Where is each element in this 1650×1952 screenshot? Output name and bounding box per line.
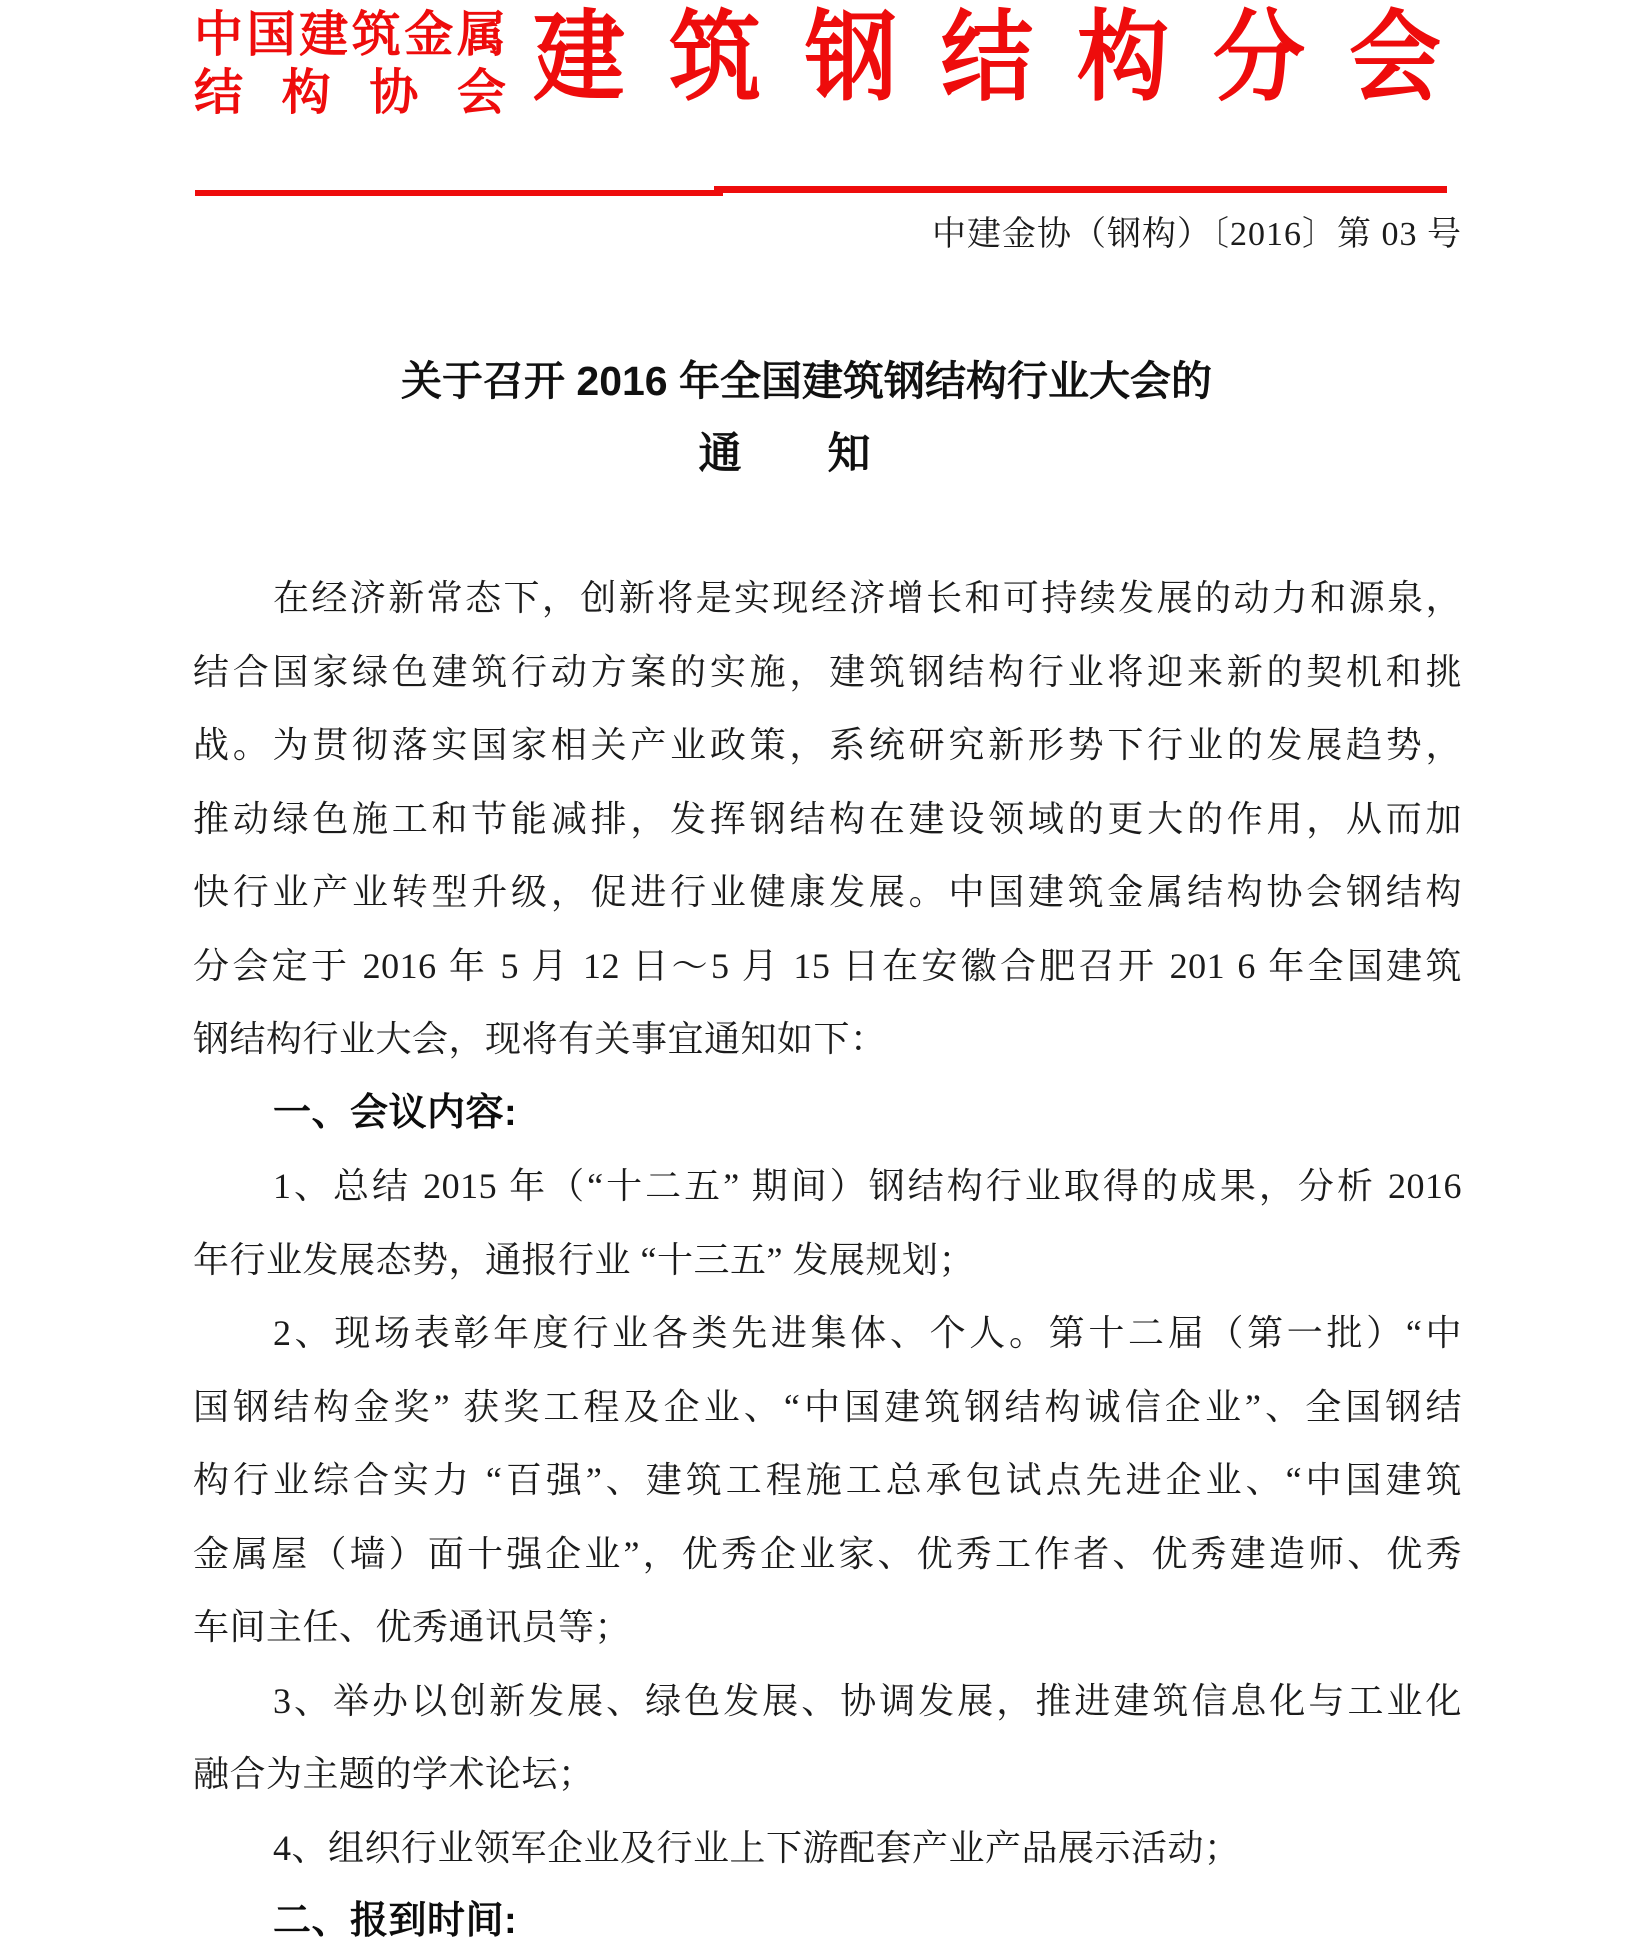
notice-title-line2: 通 知 — [150, 420, 1419, 481]
body-line: 2、现场表彰年度行业各类先进集体、个人。第十二届（第一批）“中 — [193, 1297, 1462, 1371]
notice-title-line1: 关于召开 2016 年全国建筑钢结构行业大会的 — [172, 348, 1441, 407]
section-heading: 二、报到时间: — [193, 1885, 1462, 1952]
body-line: 国钢结构金奖” 获奖工程及企业、“中国建筑钢结构诚信企业”、全国钢结 — [193, 1371, 1462, 1445]
branch-title: 建筑钢结构分会 — [533, 2, 1485, 113]
body-line: 在经济新常态下，创新将是实现经济增长和可持续发展的动力和源泉， — [193, 562, 1462, 636]
header-rule-left-segment — [195, 190, 723, 196]
body-line: 3、举办以创新发展、绿色发展、协调发展，推进建筑信息化与工业化 — [193, 1665, 1462, 1739]
document-number: 中建金协（钢构）〔2016〕第 03 号 — [193, 214, 1462, 256]
section-heading: 一、会议内容: — [193, 1077, 1462, 1151]
document-body: 在经济新常态下，创新将是实现经济增长和可持续发展的动力和源泉，结合国家绿色建筑行… — [193, 562, 1462, 1952]
notice-document-page: 中国建筑金属 结构协会 建筑钢结构分会 中建金协（钢构）〔2016〕第 03 号… — [0, 0, 1650, 1952]
body-line: 推动绿色施工和节能减排，发挥钢结构在建设领域的更大的作用，从而加 — [193, 783, 1462, 857]
body-line: 融合为主题的学术论坛； — [193, 1738, 1462, 1812]
org-name-line2: 结构协会 — [194, 64, 506, 122]
org-name-line1: 中国建筑金属 — [194, 6, 506, 64]
body-line: 结合国家绿色建筑行动方案的实施，建筑钢结构行业将迎来新的契机和挑 — [193, 636, 1462, 710]
body-line: 车间主任、优秀通讯员等； — [193, 1591, 1462, 1665]
body-line: 分会定于 2016 年 5 月 12 日～5 月 15 日在安徽合肥召开 201… — [193, 930, 1462, 1004]
body-line: 1、总结 2015 年（“十二五” 期间）钢结构行业取得的成果，分析 2016 — [193, 1150, 1462, 1224]
body-line: 战。为贯彻落实国家相关产业政策，系统研究新形势下行业的发展趋势， — [193, 709, 1462, 783]
body-line: 年行业发展态势，通报行业 “十三五” 发展规划； — [193, 1224, 1462, 1298]
body-line: 构行业综合实力 “百强”、建筑工程施工总承包试点先进企业、“中国建筑 — [193, 1444, 1462, 1518]
body-line: 快行业产业转型升级，促进行业健康发展。中国建筑金属结构协会钢结构 — [193, 856, 1462, 930]
body-line: 4、组织行业领军企业及行业上下游配套产业产品展示活动； — [193, 1812, 1462, 1886]
org-name-block: 中国建筑金属 结构协会 — [194, 6, 506, 122]
body-line: 金属屋（墙）面十强企业”，优秀企业家、优秀工作者、优秀建造师、优秀 — [193, 1518, 1462, 1592]
body-line: 钢结构行业大会，现将有关事宜通知如下： — [193, 1003, 1462, 1077]
header-rule-right-segment — [714, 186, 1447, 193]
